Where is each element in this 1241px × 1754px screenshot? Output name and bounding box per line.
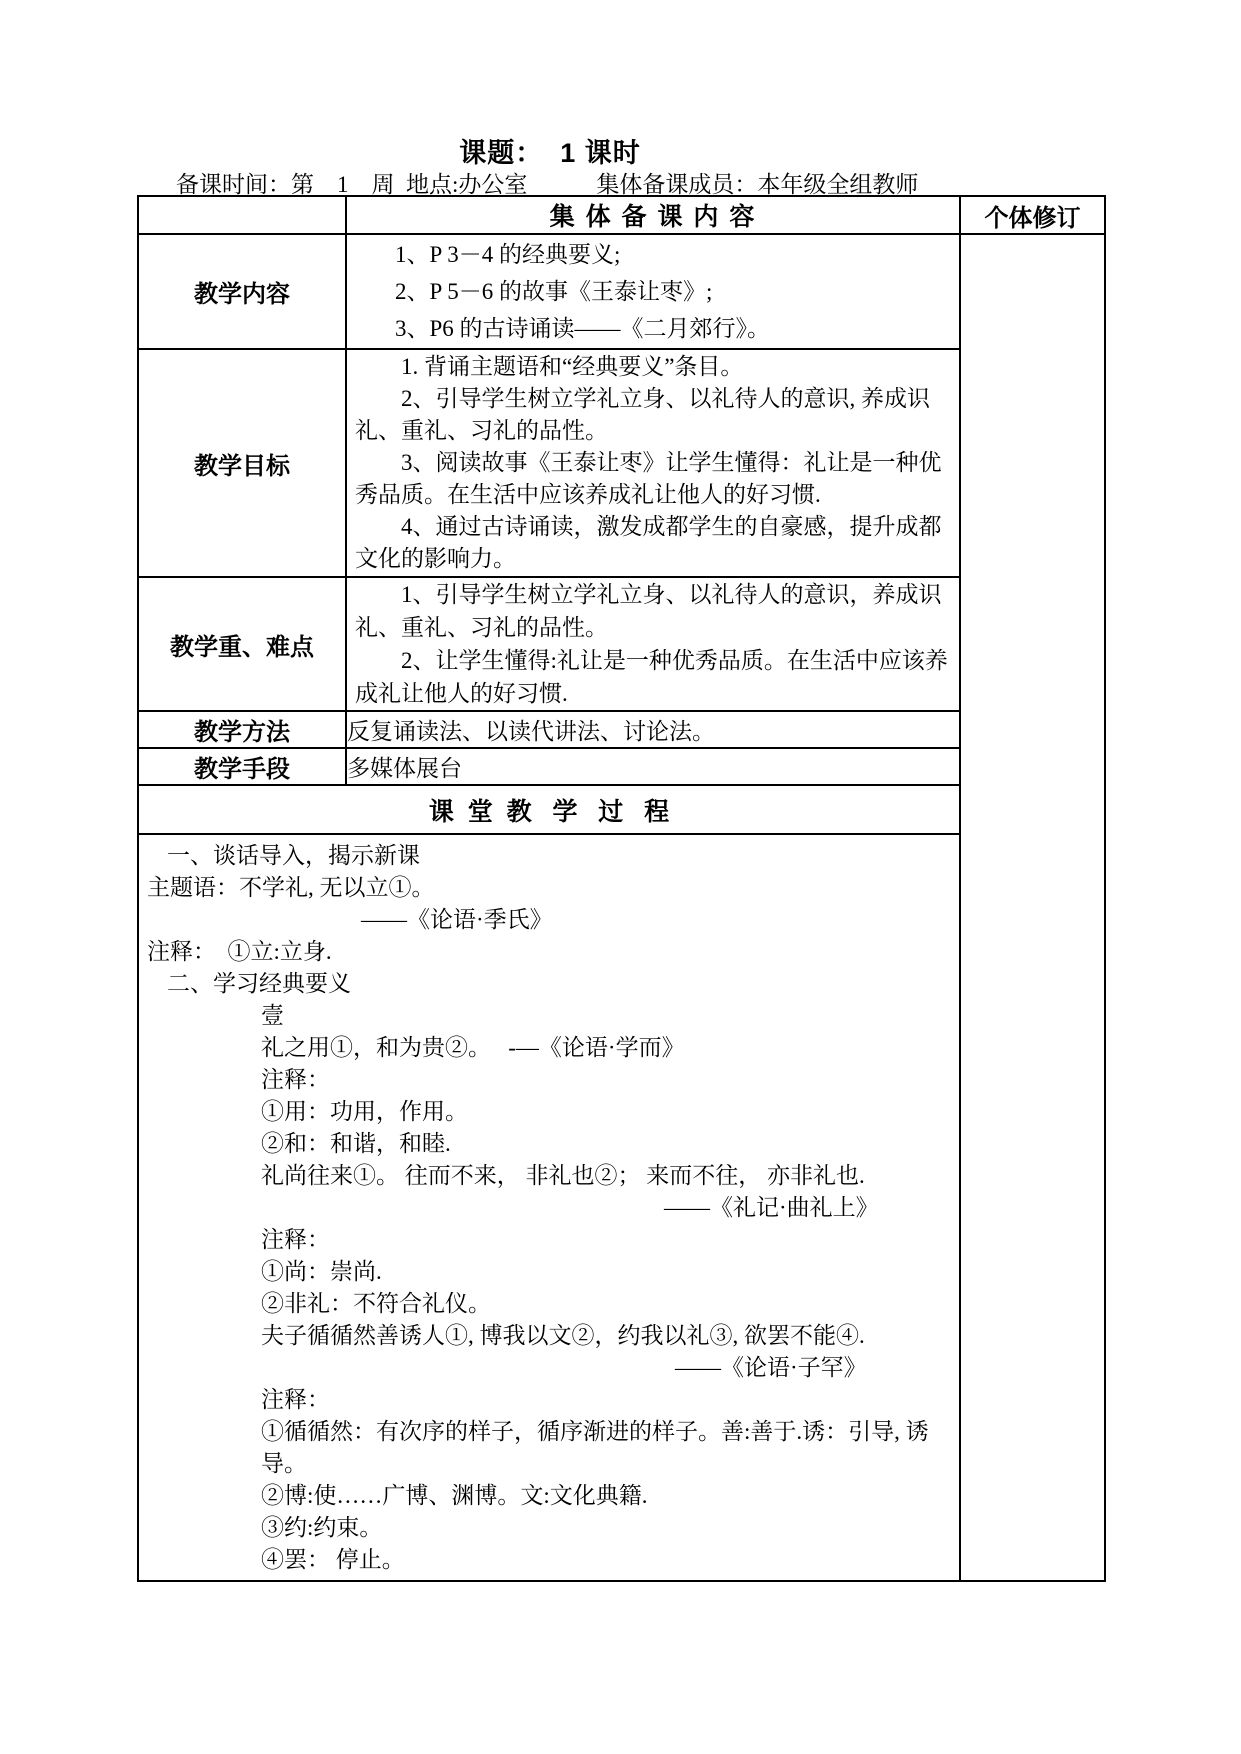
process-line: ③约:约束。 [261,1512,959,1544]
process-line: 一、谈话导入，揭示新课 [167,840,959,872]
classroom-process-header: 课 堂 教 学 过 程 [138,785,960,834]
process-line: 二、学习经典要义 [167,968,959,1000]
key-difficult-points-cell: 1、引导学生树立学礼立身、以礼待人的意识，养成识礼、重礼、习礼的品性。 2、让学… [346,577,960,711]
process-line: 注释： [261,1224,959,1256]
table-row: 教学手段 多媒体展台 [138,748,1105,785]
content-line: 1、P 3－4 的经典要义; [347,236,959,273]
process-line: ①循循然：有次序的样子，循序渐进的样子。善:善于.诱：引导, 诱导。 [261,1416,959,1480]
label-teaching-methods: 教学方法 [138,711,346,748]
classroom-process-cell: 一、谈话导入，揭示新课 主题语：不学礼, 无以立①。 ——《论语·季氏》 注释：… [138,834,960,1581]
lesson-plan-table: 集 体 备 课 内 容 个体修订 教学内容 1、P 3－4 的经典要义; 2、P… [137,195,1106,1582]
individual-revision-column [960,234,1105,1581]
table-row: 教学重、难点 1、引导学生树立学礼立身、以礼待人的意识，养成识礼、重礼、习礼的品… [138,577,1105,711]
objective-line: 1. 背诵主题语和“经典要义”条目。 [347,351,959,383]
objective-line: 2、引导学生树立学礼立身、以礼待人的意识, 养成识礼、重礼、习礼的品性。 [347,383,959,447]
objective-line: 4、通过古诗诵读，激发成都学生的自豪感，提升成都文化的影响力。 [347,511,959,575]
table-row: 课 堂 教 学 过 程 [138,785,1105,834]
process-line: ④罢： 停止。 [261,1544,959,1576]
content-line: 2、P 5－6 的故事《王泰让枣》; [347,273,959,310]
process-line: 夫子循循然善诱人①, 博我以文②，约我以礼③, 欲罢不能④. [261,1320,959,1352]
process-line: 主题语：不学礼, 无以立①。 [147,872,959,904]
objective-line: 3、阅读故事《王泰让枣》让学生懂得：礼让是一种优秀品质。在生活中应该养成礼让他人… [347,447,959,511]
process-line: ②和：和谐，和睦. [261,1128,959,1160]
header-collective-prep: 集 体 备 课 内 容 [346,196,960,234]
process-line: ——《礼记·曲礼上》 [664,1192,959,1224]
process-line: ——《论语·季氏》 [361,904,959,936]
key-point-line: 2、让学生懂得:礼让是一种优秀品质。在生活中应该养成礼让他人的好习惯. [347,644,959,710]
teaching-objectives-cell: 1. 背诵主题语和“经典要义”条目。 2、引导学生树立学礼立身、以礼待人的意识,… [346,349,960,577]
process-line: ①用：功用，作用。 [261,1096,959,1128]
process-line: ②博:使……广博、渊博。文:文化典籍. [261,1480,959,1512]
process-line: 礼尚往来①。 往而不来， 非礼也②； 来而不往， 亦非礼也. [261,1160,959,1192]
teaching-methods-cell: 反复诵读法、以读代讲法、讨论法。 [346,711,960,748]
teaching-content-cell: 1、P 3－4 的经典要义; 2、P 5－6 的故事《王泰让枣》; 3、P6 的… [346,234,960,349]
process-line: 壹 [261,1000,959,1032]
process-line: 注释： [261,1064,959,1096]
document-page: { "page_title": "课题： 1 课时", "meta_line":… [0,0,1241,1754]
table-row: 一、谈话导入，揭示新课 主题语：不学礼, 无以立①。 ——《论语·季氏》 注释：… [138,834,1105,1581]
header-individual-revision: 个体修订 [960,196,1105,234]
page-title: 课题： 1 课时 [0,131,1100,170]
header-empty-cell [138,196,346,234]
process-line: 注释： ①立:立身. [147,936,959,968]
table-row: 教学内容 1、P 3－4 的经典要义; 2、P 5－6 的故事《王泰让枣》; 3… [138,234,1105,349]
process-line: ①尚：崇尚. [261,1256,959,1288]
content-line: 3、P6 的古诗诵读——《二月郊行》。 [347,310,959,347]
label-teaching-content: 教学内容 [138,234,346,349]
process-line: 礼之用①，和为贵②。 -—《论语·学而》 [261,1032,959,1064]
process-line: ——《论语·子罕》 [675,1352,959,1384]
label-teaching-means: 教学手段 [138,748,346,785]
process-line: ②非礼：不符合礼仪。 [261,1288,959,1320]
process-line: 注释： [261,1384,959,1416]
key-point-line: 1、引导学生树立学礼立身、以礼待人的意识，养成识礼、重礼、习礼的品性。 [347,578,959,644]
teaching-means-cell: 多媒体展台 [346,748,960,785]
table-row: 教学目标 1. 背诵主题语和“经典要义”条目。 2、引导学生树立学礼立身、以礼待… [138,349,1105,577]
table-row: 教学方法 反复诵读法、以读代讲法、讨论法。 [138,711,1105,748]
label-key-difficult-points: 教学重、难点 [138,577,346,711]
table-header-row: 集 体 备 课 内 容 个体修订 [138,196,1105,234]
label-teaching-objectives: 教学目标 [138,349,346,577]
